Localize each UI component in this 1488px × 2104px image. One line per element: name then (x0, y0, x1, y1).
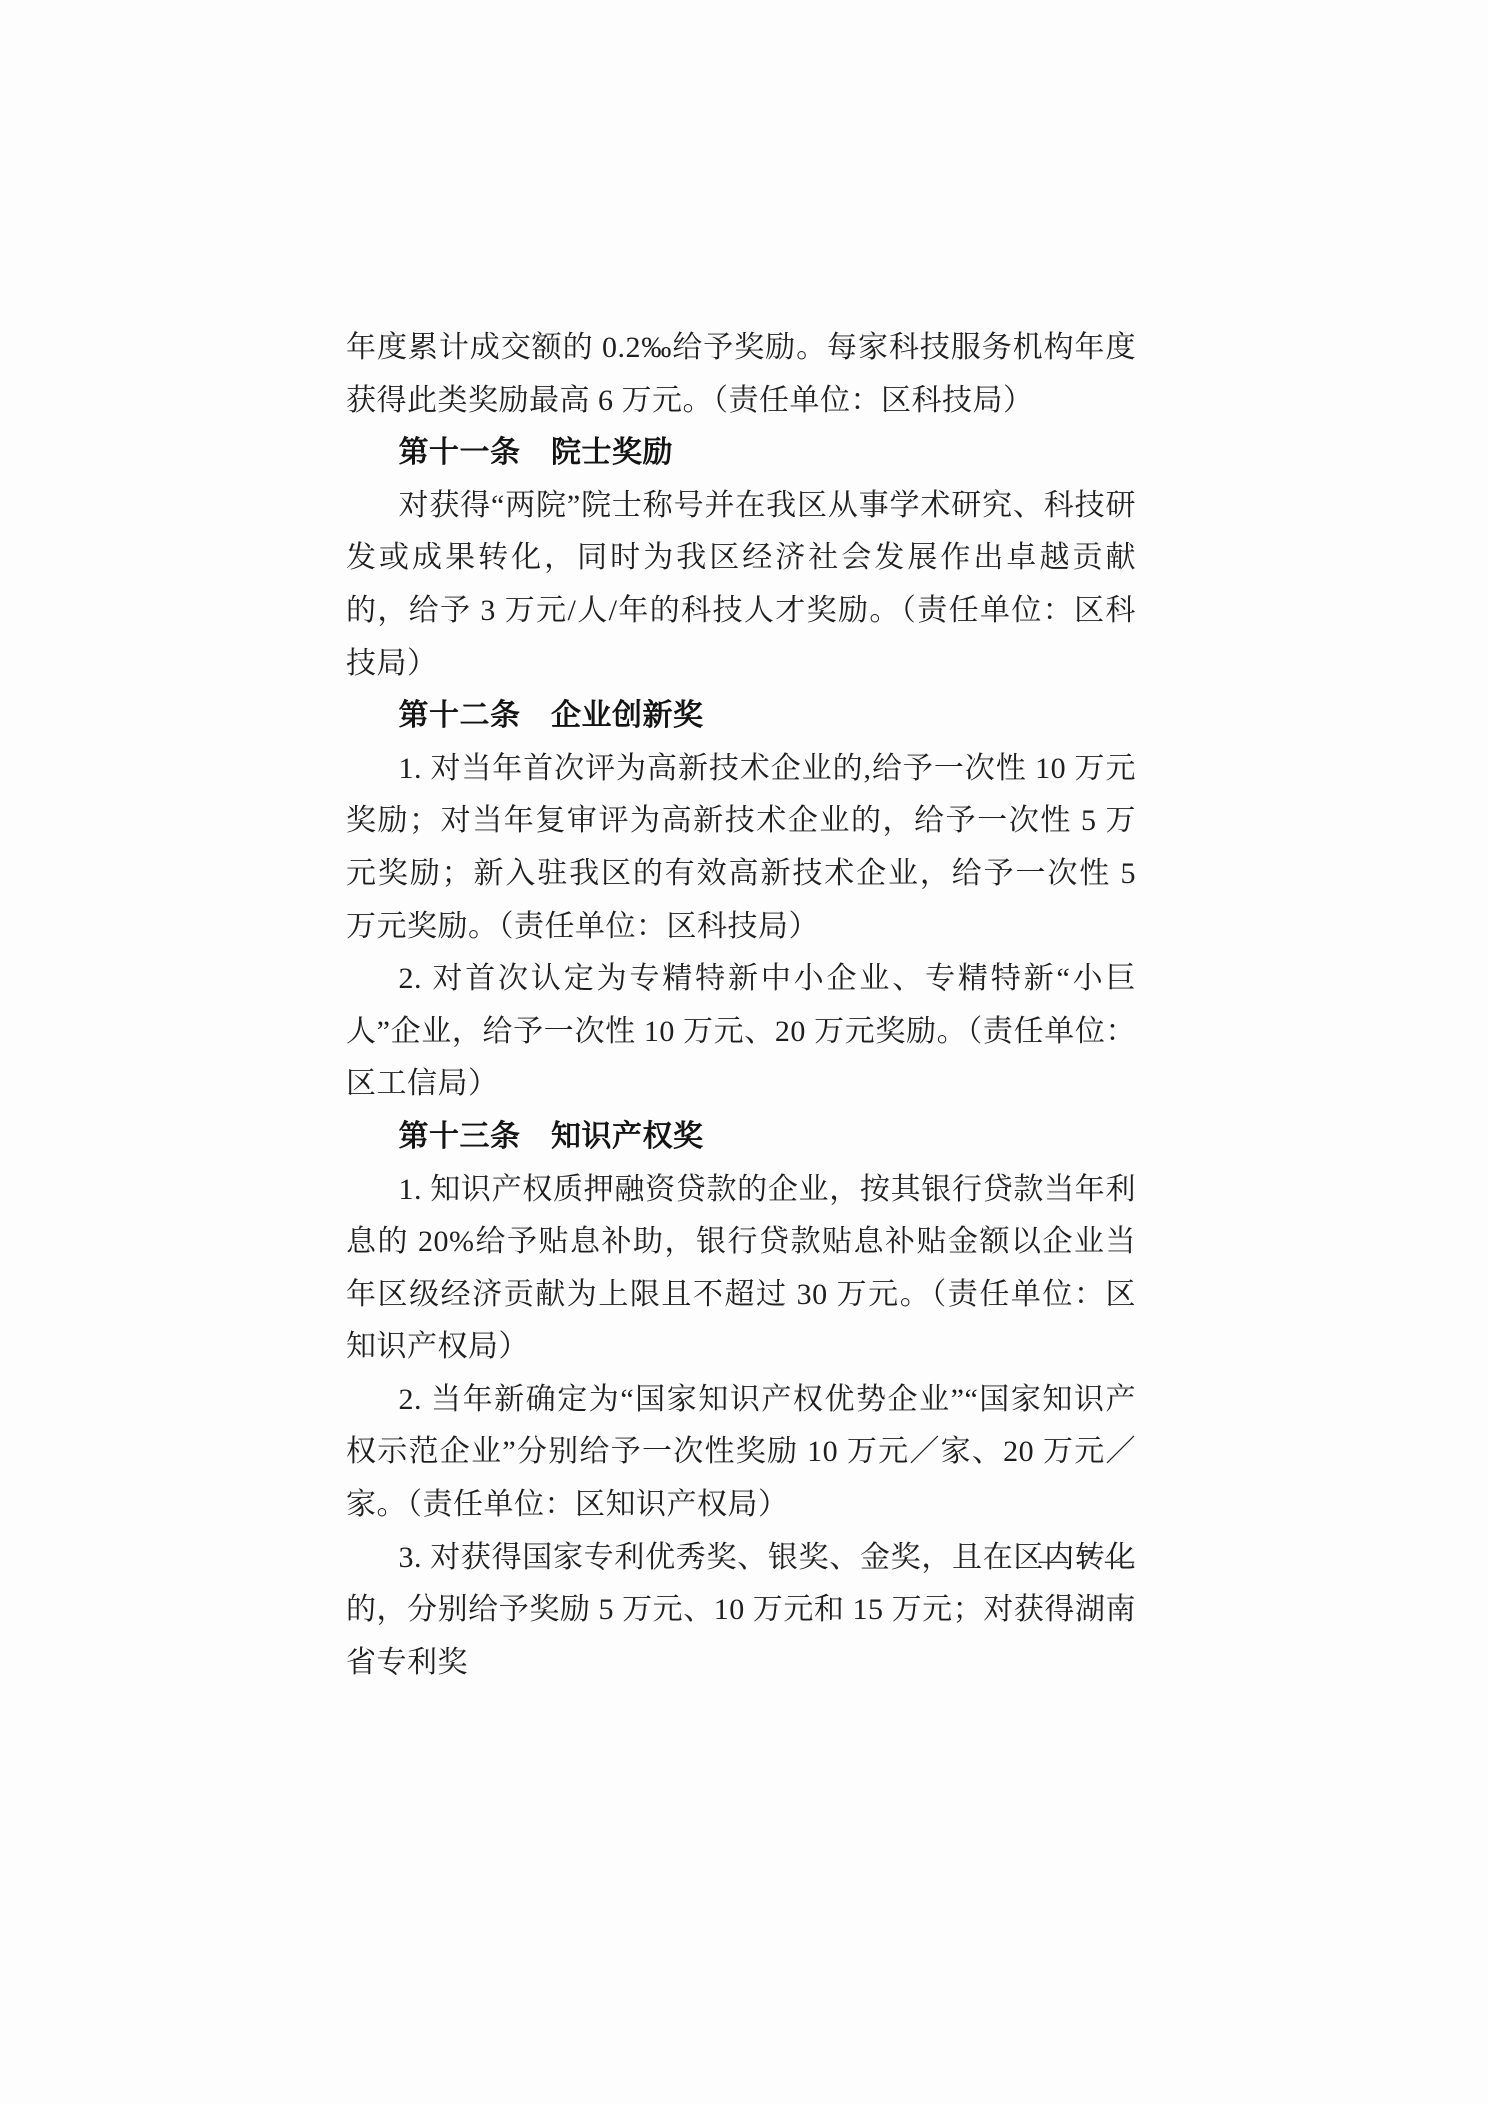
article-13-item-2: 2. 当年新确定为“国家知识产权优势企业”“国家知识产权示范企业”分别给予一次性… (346, 1374, 1136, 1532)
article-12-heading: 第十二条 企业创新奖 (346, 690, 1136, 743)
paragraph-continued: 年度累计成交额的 0.2‰给予奖励。每家科技服务机构年度获得此类奖励最高 6 万… (346, 322, 1136, 427)
article-12-item-1: 1. 对当年首次评为高新技术企业的,给予一次性 10 万元奖励；对当年复审评为高… (346, 743, 1136, 953)
page-footer: — 7 — (346, 1534, 1136, 1586)
article-11-heading: 第十一条 院士奖励 (346, 427, 1136, 480)
page-number: — 7 — (1039, 1544, 1136, 1576)
article-11-paragraph: 对获得“两院”院士称号并在我区从事学术研究、科技研发或成果转化，同时为我区经济社… (346, 480, 1136, 690)
article-13-item-1: 1. 知识产权质押融资贷款的企业，按其银行贷款当年利息的 20%给予贴息补助，银… (346, 1164, 1136, 1374)
document-body: 年度累计成交额的 0.2‰给予奖励。每家科技服务机构年度获得此类奖励最高 6 万… (346, 322, 1136, 1689)
article-13-heading: 第十三条 知识产权奖 (346, 1111, 1136, 1164)
document-page: 年度累计成交额的 0.2‰给予奖励。每家科技服务机构年度获得此类奖励最高 6 万… (0, 0, 1488, 2104)
article-12-item-2: 2. 对首次认定为专精特新中小企业、专精特新“小巨人”企业，给予一次性 10 万… (346, 953, 1136, 1111)
